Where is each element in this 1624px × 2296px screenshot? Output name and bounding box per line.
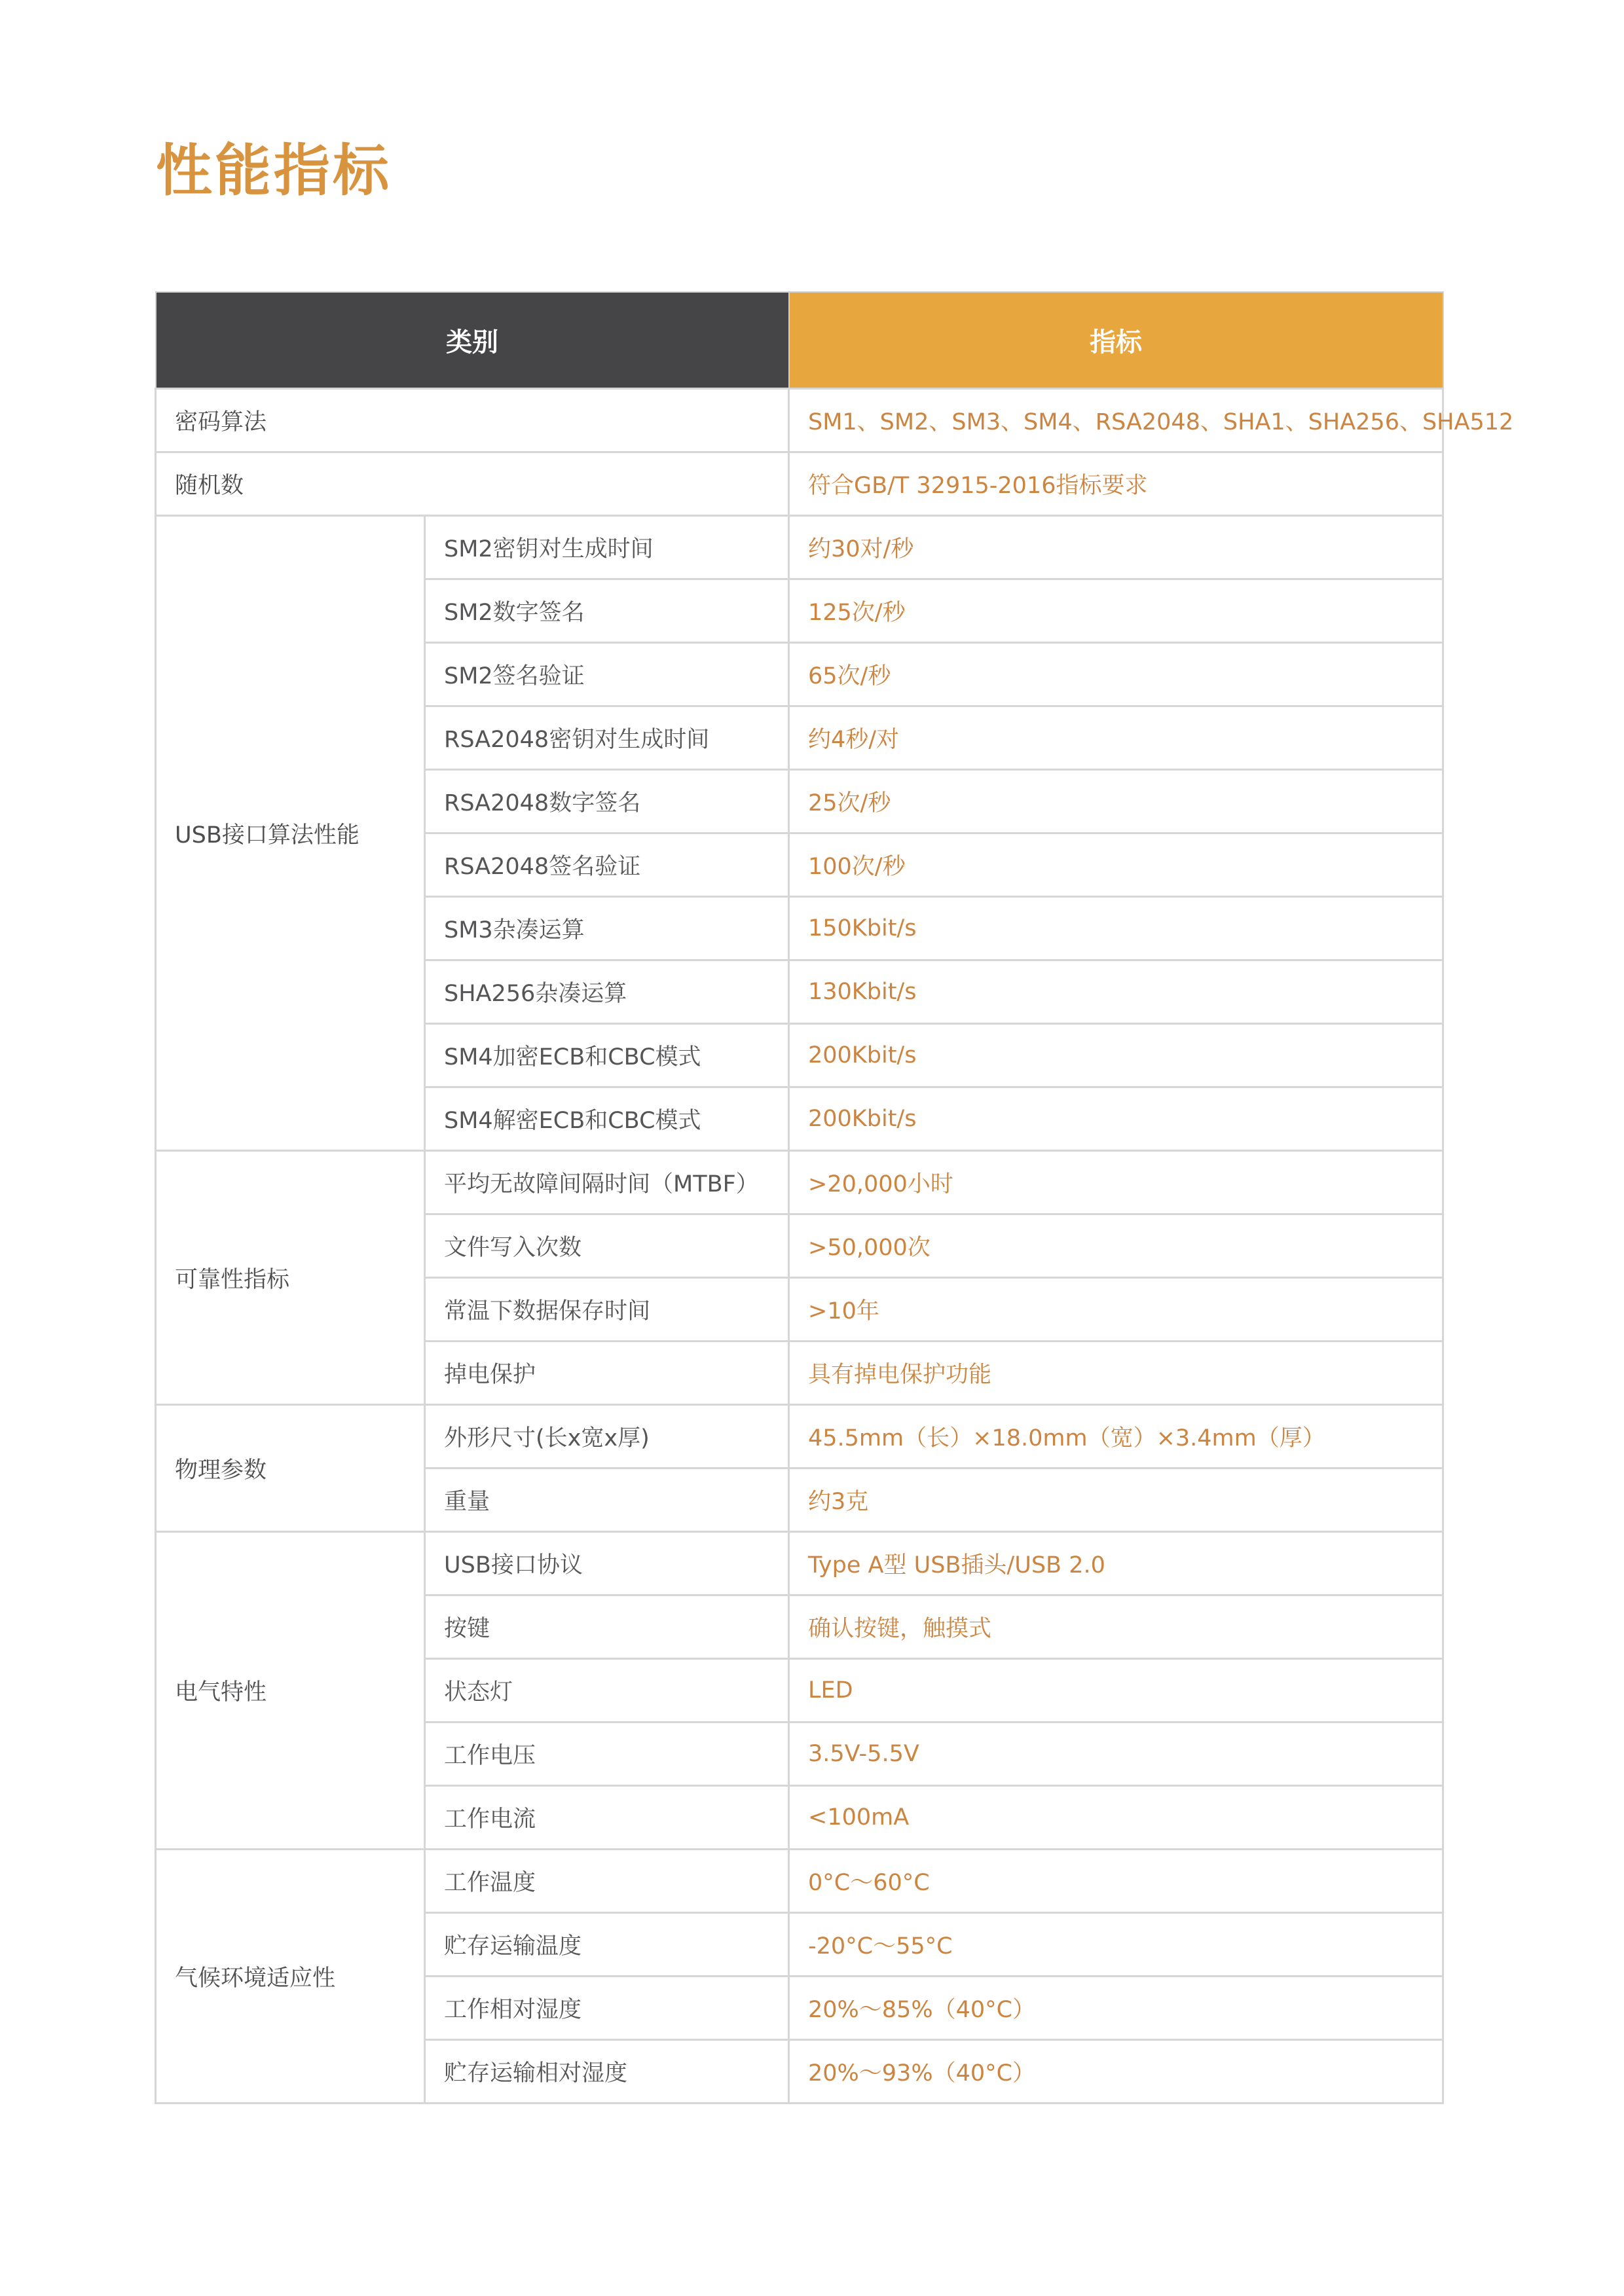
value-cell: 约30对/秒 xyxy=(789,516,1443,579)
value-cell: 符合GB/T 32915-2016指标要求 xyxy=(789,452,1443,516)
value-cell: 25次/秒 xyxy=(789,770,1443,833)
item-cell: SM4加密ECB和CBC模式 xyxy=(425,1024,789,1087)
item-cell: RSA2048密钥对生成时间 xyxy=(425,706,789,770)
value-cell: 200Kbit/s xyxy=(789,1024,1443,1087)
value-cell: 20%～85%（40°C） xyxy=(789,1977,1443,2040)
value-cell: >50,000次 xyxy=(789,1214,1443,1278)
item-cell: 贮存运输温度 xyxy=(425,1913,789,1977)
value-cell: >20,000小时 xyxy=(789,1151,1443,1214)
item-cell: 工作温度 xyxy=(425,1850,789,1913)
value-cell: >10年 xyxy=(789,1278,1443,1341)
item-cell: 外形尺寸(长x宽x厚) xyxy=(425,1405,789,1468)
value-cell: 20%～93%（40°C） xyxy=(789,2040,1443,2104)
value-cell: 200Kbit/s xyxy=(789,1087,1443,1151)
value-cell: 0°C～60°C xyxy=(789,1850,1443,1913)
value-cell: <100mA xyxy=(789,1786,1443,1850)
item-cell: SM2密钥对生成时间 xyxy=(425,516,789,579)
item-cell: SM4解密ECB和CBC模式 xyxy=(425,1087,789,1151)
item-cell: USB接口协议 xyxy=(425,1532,789,1595)
group-category-cell: 可靠性指标 xyxy=(156,1151,425,1405)
item-cell: 工作电流 xyxy=(425,1786,789,1850)
item-cell: 贮存运输相对湿度 xyxy=(425,2040,789,2104)
header-value: 指标 xyxy=(789,292,1443,389)
item-cell: 平均无故障间隔时间（MTBF） xyxy=(425,1151,789,1214)
value-cell: 约4秒/对 xyxy=(789,706,1443,770)
table-row: 电气特性 USB接口协议 Type A型 USB插头/USB 2.0 xyxy=(156,1532,1443,1595)
table-row: 气候环境适应性 工作温度 0°C～60°C xyxy=(156,1850,1443,1913)
item-cell: SHA256杂凑运算 xyxy=(425,960,789,1024)
item-cell: RSA2048签名验证 xyxy=(425,833,789,897)
table-row: 可靠性指标 平均无故障间隔时间（MTBF） >20,000小时 xyxy=(156,1151,1443,1214)
table-row: USB接口算法性能 SM2密钥对生成时间 约30对/秒 xyxy=(156,516,1443,579)
group-category-cell: 电气特性 xyxy=(156,1532,425,1850)
item-cell: RSA2048数字签名 xyxy=(425,770,789,833)
value-cell: 约3克 xyxy=(789,1468,1443,1532)
item-cell: 重量 xyxy=(425,1468,789,1532)
value-cell: LED xyxy=(789,1659,1443,1722)
table-row: 密码算法 SM1、SM2、SM3、SM4、RSA2048、SHA1、SHA256… xyxy=(156,389,1443,452)
item-cell: 工作相对湿度 xyxy=(425,1977,789,2040)
value-cell: Type A型 USB插头/USB 2.0 xyxy=(789,1532,1443,1595)
group-category-cell: 物理参数 xyxy=(156,1405,425,1532)
item-cell: 掉电保护 xyxy=(425,1341,789,1405)
value-cell: 3.5V-5.5V xyxy=(789,1722,1443,1786)
header-category: 类别 xyxy=(156,292,789,389)
item-cell: SM3杂凑运算 xyxy=(425,897,789,960)
value-cell: SM1、SM2、SM3、SM4、RSA2048、SHA1、SHA256、SHA5… xyxy=(789,389,1443,452)
item-cell: SM2签名验证 xyxy=(425,643,789,706)
value-cell: 确认按键，触摸式 xyxy=(789,1595,1443,1659)
value-cell: 65次/秒 xyxy=(789,643,1443,706)
value-cell: 具有掉电保护功能 xyxy=(789,1341,1443,1405)
table-row: 物理参数 外形尺寸(长x宽x厚) 45.5mm（长）×18.0mm（宽）×3.4… xyxy=(156,1405,1443,1468)
item-cell: 按键 xyxy=(425,1595,789,1659)
value-cell: 45.5mm（长）×18.0mm（宽）×3.4mm（厚） xyxy=(789,1405,1443,1468)
category-cell: 密码算法 xyxy=(156,389,789,452)
group-category-cell: 气候环境适应性 xyxy=(156,1850,425,2104)
value-cell: 125次/秒 xyxy=(789,579,1443,643)
item-cell: SM2数字签名 xyxy=(425,579,789,643)
item-cell: 状态灯 xyxy=(425,1659,789,1722)
group-category-cell: USB接口算法性能 xyxy=(156,516,425,1151)
page-title: 性能指标 xyxy=(156,143,392,199)
item-cell: 工作电压 xyxy=(425,1722,789,1786)
value-cell: -20°C～55°C xyxy=(789,1913,1443,1977)
item-cell: 常温下数据保存时间 xyxy=(425,1278,789,1341)
value-cell: 100次/秒 xyxy=(789,833,1443,897)
table-header-row: 类别 指标 xyxy=(156,292,1443,389)
table-row: 随机数 符合GB/T 32915-2016指标要求 xyxy=(156,452,1443,516)
value-cell: 150Kbit/s xyxy=(789,897,1443,960)
value-cell: 130Kbit/s xyxy=(789,960,1443,1024)
category-cell: 随机数 xyxy=(156,452,789,516)
spec-table: 类别 指标 密码算法 SM1、SM2、SM3、SM4、RSA2048、SHA1、… xyxy=(155,291,1444,2104)
item-cell: 文件写入次数 xyxy=(425,1214,789,1278)
